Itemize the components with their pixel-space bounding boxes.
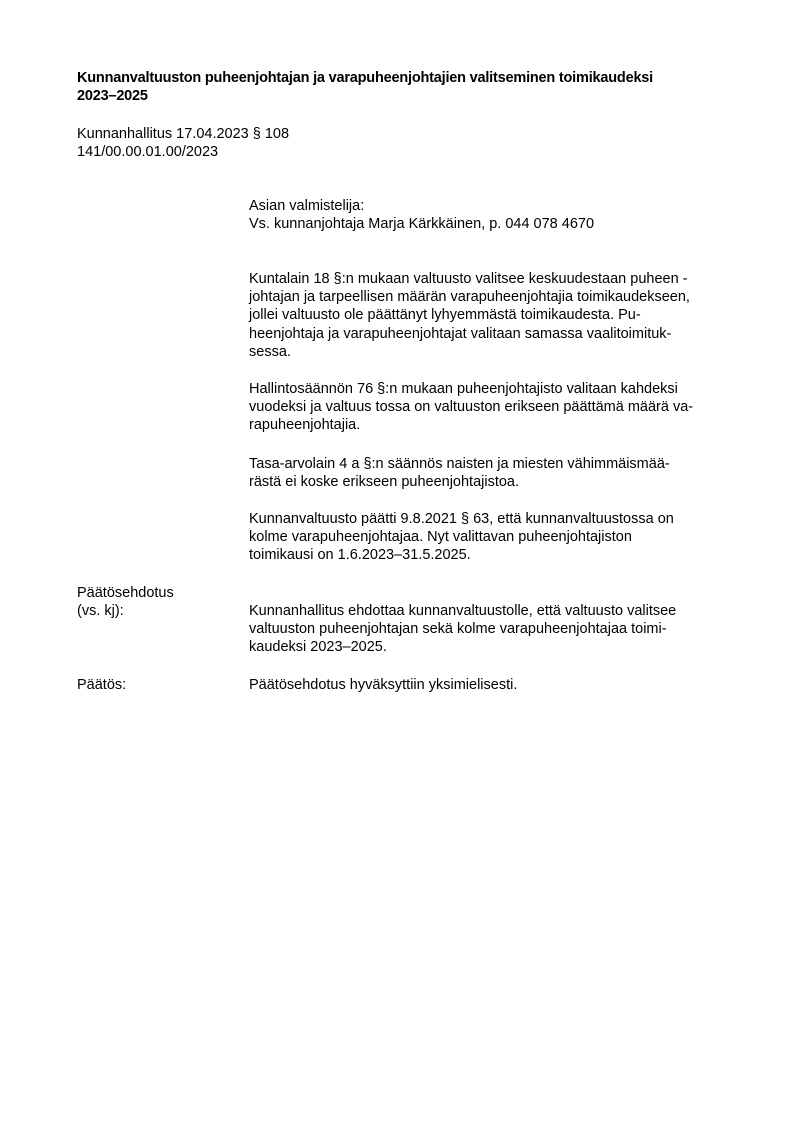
paragraph-3: Tasa-arvolain 4 a §:n säännös naisten ja… — [249, 455, 670, 491]
text-line: vuodeksi ja valtuus tossa on valtuuston … — [249, 398, 693, 416]
meeting-info: Kunnanhallitus 17.04.2023 § 108 — [77, 125, 289, 143]
preparer-block: Asian valmistelija: Vs. kunnanjohtaja Ma… — [249, 197, 594, 233]
diary-number: 141/00.00.01.00/2023 — [77, 143, 289, 161]
text-line: sessa. — [249, 343, 690, 361]
text-line: Tasa-arvolain 4 a §:n säännös naisten ja… — [249, 455, 670, 473]
paragraph-4: Kunnanvaltuusto päätti 9.8.2021 § 63, et… — [249, 510, 674, 565]
text-line: Kunnanvaltuusto päätti 9.8.2021 § 63, et… — [249, 510, 674, 528]
preparer-label: Asian valmistelija: — [249, 197, 594, 215]
text-line: kolme varapuheenjohtajaa. Nyt valittavan… — [249, 528, 674, 546]
label-line: (vs. kj): — [77, 602, 174, 620]
paragraph-2: Hallintosäännön 76 §:n mukaan puheenjoht… — [249, 380, 693, 435]
text-line: johtajan ja tarpeellisen määrän varapuhe… — [249, 288, 690, 306]
document-title: Kunnanvaltuuston puheenjohtajan ja varap… — [77, 69, 653, 105]
decision-text: Päätösehdotus hyväksyttiin yksimielisest… — [249, 676, 517, 694]
text-line: toimikausi on 1.6.2023–31.5.2025. — [249, 546, 674, 564]
text-line: rästä ei koske erikseen puheenjohtajisto… — [249, 473, 670, 491]
meeting-reference: Kunnanhallitus 17.04.2023 § 108 141/00.0… — [77, 125, 289, 161]
decision-label: Päätös: — [77, 676, 126, 694]
proposal-text: Kunnanhallitus ehdottaa kunnanvaltuustol… — [249, 602, 676, 657]
title-line: Kunnanvaltuuston puheenjohtajan ja varap… — [77, 69, 653, 87]
text-line: kaudeksi 2023–2025. — [249, 638, 676, 656]
proposal-label: Päätösehdotus (vs. kj): — [77, 584, 174, 620]
paragraph-1: Kuntalain 18 §:n mukaan valtuusto valits… — [249, 270, 690, 361]
preparer-value: Vs. kunnanjohtaja Marja Kärkkäinen, p. 0… — [249, 215, 594, 233]
text-line: valtuuston puheenjohtajan sekä kolme var… — [249, 620, 676, 638]
title-line: 2023–2025 — [77, 87, 653, 105]
text-line: Kuntalain 18 §:n mukaan valtuusto valits… — [249, 270, 690, 288]
label-line: Päätösehdotus — [77, 584, 174, 602]
text-line: rapuheenjohtajia. — [249, 416, 693, 434]
text-line: jollei valtuusto ole päättänyt lyhyemmäs… — [249, 306, 690, 324]
text-line: heenjohtaja ja varapuheenjohtajat valita… — [249, 325, 690, 343]
text-line: Kunnanhallitus ehdottaa kunnanvaltuustol… — [249, 602, 676, 620]
text-line: Hallintosäännön 76 §:n mukaan puheenjoht… — [249, 380, 693, 398]
